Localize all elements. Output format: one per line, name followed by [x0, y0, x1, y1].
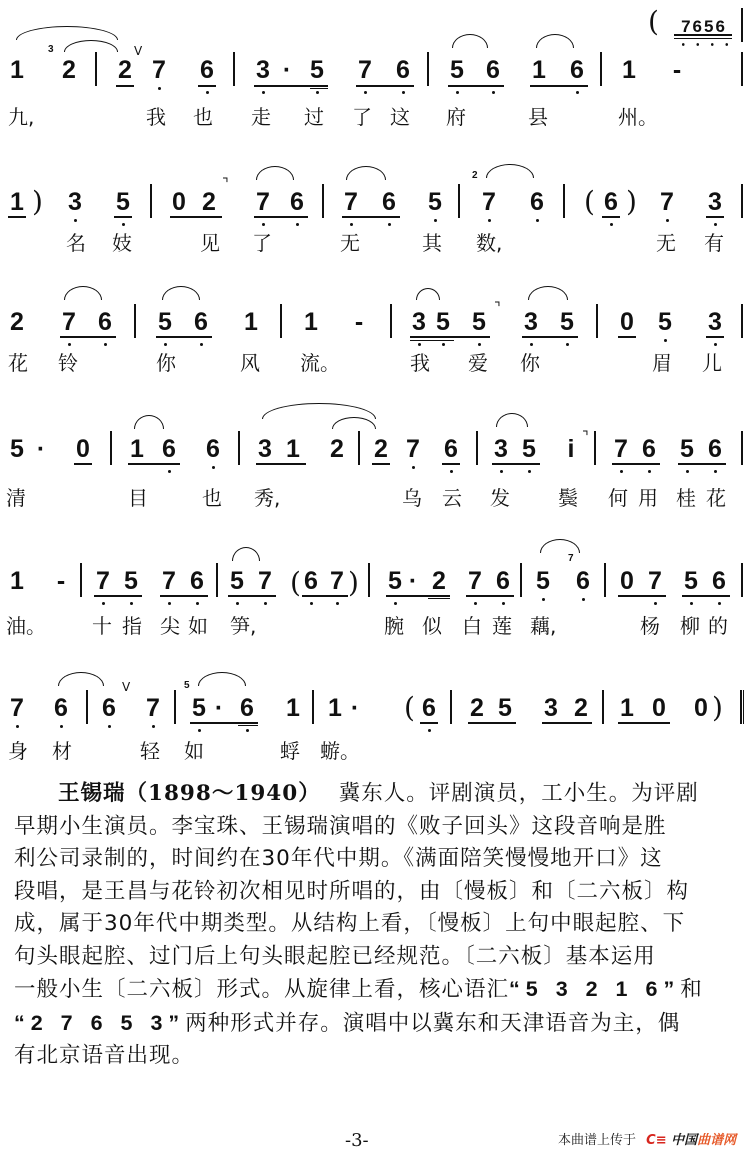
note: 1	[126, 437, 148, 462]
barline	[427, 52, 429, 86]
article-text-line: 冀东人。评剧演员，工小生。为评剧	[339, 781, 699, 806]
barline	[95, 52, 97, 86]
lyric: 爱	[468, 352, 488, 374]
barline	[741, 8, 743, 42]
lyric: 油。	[6, 615, 46, 637]
note: 6	[526, 190, 548, 215]
final-barline	[740, 690, 744, 724]
barline	[563, 184, 565, 218]
note: 2	[58, 58, 80, 83]
note: 1	[300, 310, 322, 335]
note: 6	[190, 310, 212, 335]
lyric: 腕	[384, 615, 404, 637]
note: 7	[644, 569, 666, 594]
lyric: 名	[66, 232, 86, 254]
slur	[16, 26, 118, 40]
barline	[368, 563, 370, 597]
barline	[280, 304, 282, 338]
lyric: 花	[706, 487, 726, 509]
lyric: 蜉	[280, 740, 300, 762]
article-text: 王锡瑞（1898～1940）冀东人。评剧演员，工小生。为评剧 早期小生演员。李宝…	[14, 778, 736, 1073]
article-text-line: 早期小生演员。李宝珠、王锡瑞演唱的《败子回头》这段音响是胜	[14, 811, 736, 844]
lyric: 的	[708, 615, 728, 637]
score-row-4: 5 · 0 1 6 6 3 1 2 2 7 6 3 5 i ⌝ 7 6 5 6	[0, 395, 750, 515]
lyric: 我	[146, 106, 166, 128]
note: 2	[6, 310, 28, 335]
article-text-line: 句头眼起腔、过门后上句头眼起腔已经规范。〔二六板〕基本运用	[14, 941, 736, 974]
note: 1	[6, 569, 28, 594]
note: 5	[424, 190, 446, 215]
note: 5	[226, 569, 248, 594]
barline	[312, 690, 314, 724]
note: 6	[482, 58, 504, 83]
note: 1	[324, 696, 346, 721]
barline	[476, 431, 478, 465]
barline	[741, 563, 743, 597]
barline	[458, 184, 460, 218]
note: 6	[708, 569, 730, 594]
note: 0	[168, 190, 190, 215]
note: 3	[704, 310, 726, 335]
motif-5-3-2-1-6: “5 3 2 1 6”	[509, 977, 680, 1001]
note: 2	[370, 437, 392, 462]
lyric: 铃	[58, 352, 78, 374]
note: 1	[6, 58, 28, 83]
note: 1	[618, 58, 640, 83]
motif-2-7-6-5-3: “2 7 6 5 3”	[14, 1011, 185, 1035]
note: 6	[236, 696, 258, 721]
article-line: “2 7 6 5 3”两种形式并存。演唱中以冀东和天津语音为主，偶	[14, 1007, 736, 1041]
note: 6	[286, 190, 308, 215]
note: 7	[354, 58, 376, 83]
note: 1	[6, 190, 28, 215]
jianpu-score: 3 V 1 2 2 7 6 3 · 5 7 6 5 6 1 6 1 - ( 76…	[0, 0, 750, 760]
note: 7	[142, 696, 164, 721]
barline	[520, 563, 522, 597]
note: 7	[464, 569, 486, 594]
watermark-text: 本曲谱上传于	[558, 1133, 636, 1148]
dash: -	[348, 310, 370, 335]
tie	[64, 40, 118, 52]
note: 5	[532, 569, 554, 594]
dot: ·	[208, 696, 230, 721]
watermark: 本曲谱上传于 C≡ 中国曲谱网	[558, 1129, 736, 1148]
heading-name: 王锡瑞	[58, 781, 126, 806]
dot: ·	[402, 569, 424, 594]
note: 6	[98, 696, 120, 721]
lyric: 了	[252, 232, 272, 254]
dot: ·	[30, 437, 52, 462]
lyric: 花	[8, 352, 28, 374]
lyric: 清	[6, 487, 26, 509]
page-number: -3-	[345, 1130, 369, 1151]
note: 6	[638, 437, 660, 462]
lyric: 如	[184, 740, 204, 762]
note-high: i	[560, 437, 582, 462]
lyric: 秀,	[254, 487, 280, 509]
note: 6	[158, 437, 180, 462]
note: 1	[616, 696, 638, 721]
note: 6	[196, 58, 218, 83]
lyric: 发	[490, 487, 510, 509]
lyric: 县	[528, 106, 548, 128]
note: 0	[72, 437, 94, 462]
barline	[602, 690, 604, 724]
note: 7	[326, 569, 348, 594]
heading-years: （1898～1940）	[126, 781, 321, 806]
note: 7	[92, 569, 114, 594]
lyric: 柳	[680, 615, 700, 637]
note: 7	[148, 58, 170, 83]
note: 6	[418, 696, 440, 721]
lyric: 何	[608, 487, 628, 509]
grace-note: 2	[472, 170, 478, 181]
note: 6	[440, 437, 462, 462]
note: 3	[540, 696, 562, 721]
lyric: 白	[462, 615, 482, 637]
note: 5	[468, 310, 490, 335]
barline	[86, 690, 88, 724]
article-line: 一般小生〔二六板〕形式。从旋律上看，核心语汇“5 3 2 1 6”和	[14, 973, 736, 1007]
article-text: 和	[680, 977, 703, 1002]
note: 6	[186, 569, 208, 594]
note: 0	[616, 569, 638, 594]
barline	[150, 184, 152, 218]
note: 3	[408, 310, 430, 335]
barline	[604, 563, 606, 597]
note: 7	[58, 310, 80, 335]
note: 3	[252, 58, 274, 83]
lyric: 了	[352, 106, 372, 128]
note: 3	[64, 190, 86, 215]
lyric: 九,	[8, 106, 34, 128]
lyric: 过	[304, 106, 324, 128]
note: 7	[656, 190, 678, 215]
note: 5	[306, 58, 328, 83]
lyric: 杨	[640, 615, 660, 637]
barline	[741, 52, 743, 86]
lyric: 身	[8, 740, 28, 762]
note: 5	[518, 437, 540, 462]
note: 6	[566, 58, 588, 83]
lyric: 儿	[702, 352, 722, 374]
lyric: 尖	[160, 615, 180, 637]
lyric: 无	[340, 232, 360, 254]
paren-close: )	[32, 188, 43, 216]
lyric: 似	[422, 615, 442, 637]
barline	[238, 431, 240, 465]
article-text-line: 两种形式并存。演唱中以冀东和天津语音为主，偶	[185, 1011, 680, 1036]
note: 2	[198, 190, 220, 215]
score-row-5: 1 - 7 5 7 6 5 7 ( 6 7 ) 5 · 2 7 6 5 7 6 …	[0, 535, 750, 655]
note: 5	[556, 310, 578, 335]
lyric: 十	[92, 615, 112, 637]
note: 5	[120, 569, 142, 594]
dot: ·	[276, 58, 298, 83]
note: 2	[114, 58, 136, 83]
lyric: 云	[442, 487, 462, 509]
note: 2	[466, 696, 488, 721]
article-text-line: 利公司录制的，时间约在30年代中期。《满面陪笑慢慢地开口》这	[14, 843, 736, 876]
site-logo[interactable]: C≡ 中国曲谱网	[646, 1129, 736, 1148]
lyric: 桂	[676, 487, 696, 509]
barline	[741, 431, 743, 465]
lyric: 蝣。	[320, 740, 360, 762]
note: 5	[432, 310, 454, 335]
barline	[174, 690, 176, 724]
score-row-1: 3 V 1 2 2 7 6 3 · 5 7 6 5 6 1 6 1 - ( 76…	[0, 0, 750, 120]
barline	[322, 184, 324, 218]
note: 6	[600, 190, 622, 215]
note: 3	[254, 437, 276, 462]
lyric: 州。	[618, 106, 658, 128]
lyric: 鬓	[558, 487, 578, 509]
logo-mark-icon: C≡	[646, 1133, 666, 1148]
note: 6	[572, 569, 594, 594]
lyric: 目	[128, 487, 148, 509]
note: 5	[112, 190, 134, 215]
barline	[233, 52, 235, 86]
note: 0	[648, 696, 670, 721]
article-text-line: 一般小生〔二六板〕形式。从旋律上看，核心语汇	[14, 977, 509, 1002]
barline	[596, 304, 598, 338]
paren-open: (	[648, 8, 659, 36]
note: 5	[6, 437, 28, 462]
note: 5	[654, 310, 676, 335]
article-text-line: 段唱，是王昌与花铃初次相见时所唱的，由〔慢板〕和〔二六板〕构	[14, 876, 736, 909]
lyric: 指	[122, 615, 142, 637]
note: 5	[188, 696, 210, 721]
note: 6	[392, 58, 414, 83]
note: 7	[402, 437, 424, 462]
article-text-line: 成，属于30年代中期类型。从结构上看，〔慢板〕上句中眼起腔、下	[14, 908, 736, 941]
note: 1	[282, 437, 304, 462]
note: 3	[490, 437, 512, 462]
lyric: 无	[656, 232, 676, 254]
barline	[741, 304, 743, 338]
dash: -	[50, 569, 72, 594]
lyric: 莲	[492, 615, 512, 637]
note: 5	[680, 569, 702, 594]
note: 6	[492, 569, 514, 594]
logo-text: 曲谱网	[697, 1133, 736, 1148]
note: 7	[158, 569, 180, 594]
note: 3	[520, 310, 542, 335]
score-row-3: 2 7 6 5 6 1 1 - 3 5 5 ⌝ 3 5 0 5 3 花 铃 你	[0, 270, 750, 390]
note: 2	[570, 696, 592, 721]
lyric: 见	[200, 232, 220, 254]
dot: ·	[344, 696, 366, 721]
lyric: 藕,	[530, 615, 556, 637]
dash: -	[666, 58, 688, 83]
lyric: 我	[410, 352, 430, 374]
note: 6	[202, 437, 224, 462]
note: 1	[240, 310, 262, 335]
lyric: 府	[446, 106, 466, 128]
note: 3	[704, 190, 726, 215]
note: 5	[154, 310, 176, 335]
barline	[358, 431, 360, 465]
article-text-line: 有北京语音出现。	[14, 1040, 736, 1073]
breath-mark: V	[134, 44, 142, 58]
lyric: 走	[251, 106, 271, 128]
logo-text: 中国	[671, 1133, 697, 1148]
note: 7	[252, 190, 274, 215]
note: 7	[610, 437, 632, 462]
note: 7	[340, 190, 362, 215]
note: 2	[326, 437, 348, 462]
lyric: 也	[193, 106, 213, 128]
grace-note: 3	[48, 44, 54, 55]
note: 1	[528, 58, 550, 83]
barline	[134, 304, 136, 338]
note: 5	[494, 696, 516, 721]
note: 6	[50, 696, 72, 721]
note: 7	[478, 190, 500, 215]
lyric: 你	[520, 352, 540, 374]
lyric: 轻	[140, 740, 160, 762]
note: 1	[282, 696, 304, 721]
lyric: 风	[240, 352, 260, 374]
note: 5	[676, 437, 698, 462]
note: 6	[300, 569, 322, 594]
note: 6	[378, 190, 400, 215]
barline	[80, 563, 82, 597]
note: 7	[6, 696, 28, 721]
score-row-2: 1 ) 3 5 0 2 ⌝ 7 6 7 6 5 2 7 6 ( 6 ) 7 3 …	[0, 150, 750, 270]
lyric: 流。	[300, 352, 340, 374]
lyric: 乌	[402, 487, 422, 509]
note: 0	[616, 310, 638, 335]
note: 5	[446, 58, 468, 83]
lyric: 眉	[652, 352, 672, 374]
barline	[390, 304, 392, 338]
article-line: 王锡瑞（1898～1940）冀东人。评剧演员，工小生。为评剧	[14, 778, 736, 811]
lyric: 材	[52, 740, 72, 762]
lyric: 这	[390, 106, 410, 128]
note: 7	[254, 569, 276, 594]
barline	[741, 184, 743, 218]
note: 6	[94, 310, 116, 335]
barline	[600, 52, 602, 86]
barline	[594, 431, 596, 465]
lyric: 用	[638, 487, 658, 509]
note: 6	[704, 437, 726, 462]
lyric: 笋,	[230, 615, 256, 637]
lyric: 有	[704, 232, 724, 254]
lyric: 也	[202, 487, 222, 509]
barline	[110, 431, 112, 465]
lyric: 你	[156, 352, 176, 374]
score-row-6: 7 6 6 V 7 5 5 · 6 1 1 · ( 6 2 5 3 2 1 0 …	[0, 660, 750, 780]
lyric: 数,	[476, 232, 502, 254]
note: 0	[690, 696, 712, 721]
barline	[450, 690, 452, 724]
lyric: 妓	[112, 232, 132, 254]
lyric: 如	[188, 615, 208, 637]
lyric: 其	[422, 232, 442, 254]
barline	[216, 563, 218, 597]
note: 2	[428, 569, 450, 594]
